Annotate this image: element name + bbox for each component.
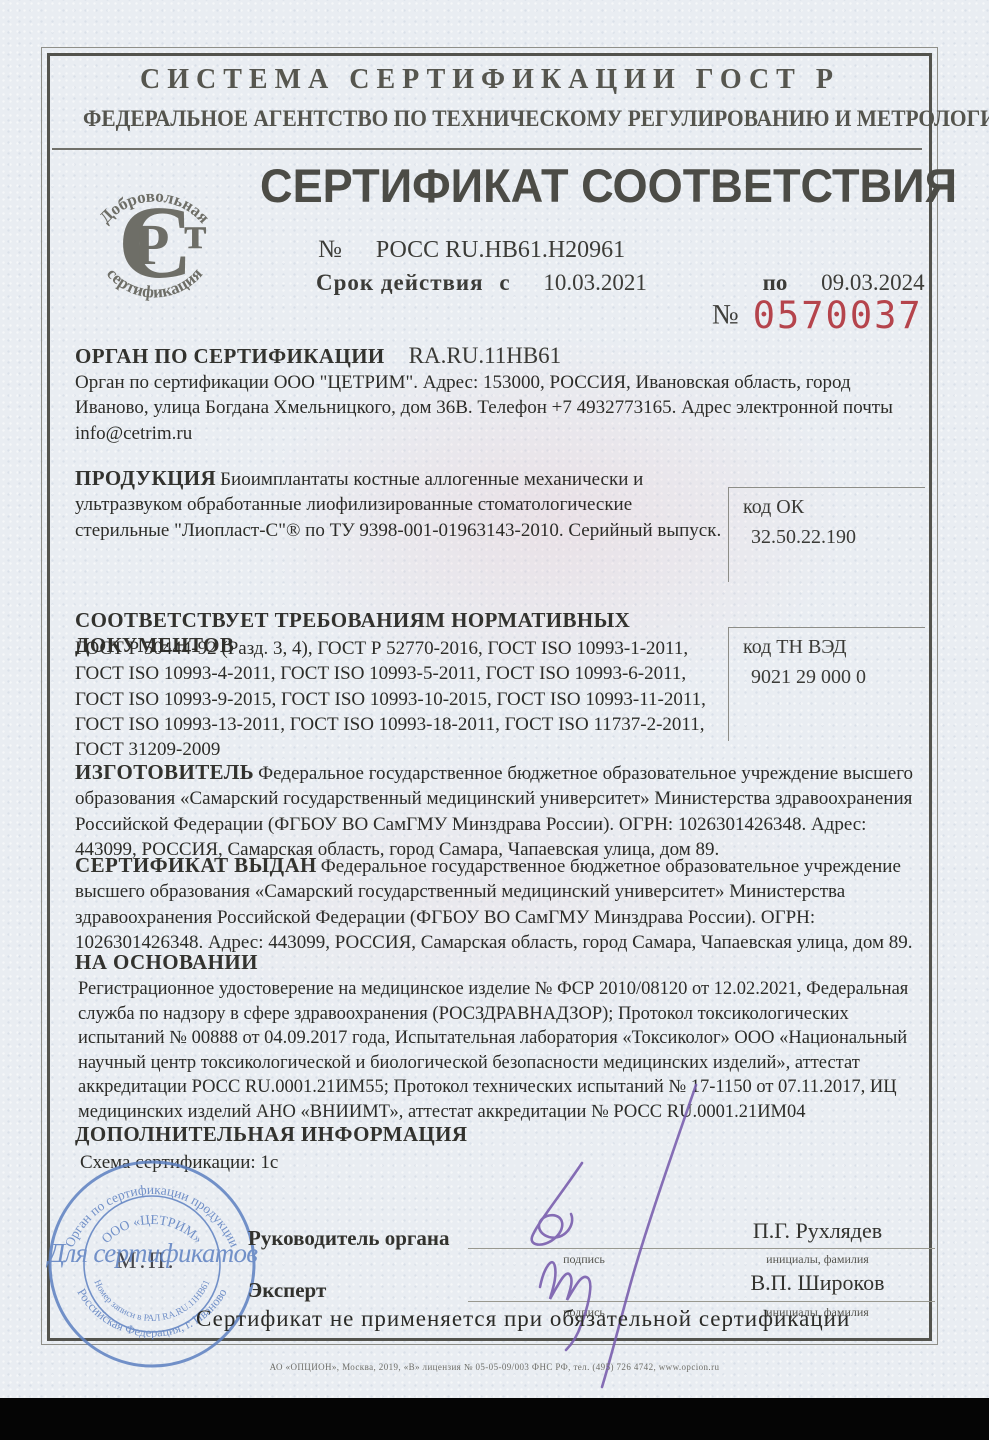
agency-title-wrap: ФЕДЕРАЛЬНОЕ АГЕНТСТВО ПО ТЕХНИЧЕСКОМУ РЕ… [48, 106, 926, 132]
issued-to-heading: СЕРТИФИКАТ ВЫДАН [75, 853, 317, 877]
head-signature-ink [532, 1163, 582, 1245]
basis-heading: НА ОСНОВАНИИ [75, 950, 258, 975]
note-text: Сертификат не применяется при обязательн… [196, 1306, 850, 1332]
system-title: СИСТЕМА СЕРТИФИКАЦИИ ГОСТ Р [60, 64, 920, 96]
org-value: RA.RU.11НВ61 [409, 343, 562, 368]
registration-number: РОСС RU.НВ61.Н20961 [376, 237, 625, 263]
expert-role-label: Эксперт [248, 1278, 326, 1303]
org-text: Орган по сертификации ООО "ЦЕТРИМ". Адре… [75, 370, 913, 446]
org-heading: ОРГАН ПО СЕРТИФИКАЦИИ [75, 344, 385, 368]
header-divider [52, 148, 922, 150]
blank-number-row: №0570037 [712, 294, 923, 337]
code-tnved-box: код ТН ВЭД 9021 29 000 0 [728, 627, 925, 741]
product-heading: ПРОДУКЦИЯ [75, 466, 216, 490]
registration-number-row: № РОСС RU.НВ61.Н20961 [318, 236, 625, 264]
code-ok-label: код ОК [743, 496, 925, 519]
logo-letter-p: Р [134, 212, 169, 277]
agency-title: ФЕДЕРАЛЬНОЕ АГЕНТСТВО ПО ТЕХНИЧЕСКОМУ РЕ… [83, 106, 989, 132]
validity-row: Срок действия с 10.03.2021 по 09.03.2024 [316, 270, 925, 296]
code-tnved-label: код ТН ВЭД [743, 636, 925, 659]
stamp-script-text: Для сертификатов [45, 1238, 258, 1268]
validity-label: Срок действия [316, 270, 484, 295]
validity-from-date: 10.03.2021 [543, 270, 647, 295]
manufacturer-heading: ИЗГОТОВИТЕЛЬ [75, 760, 254, 784]
document-title: СЕРТИФИКАТ СООТВЕТСТВИЯ [260, 158, 894, 213]
rst-logo: Добровольная сертификация С Р т [72, 164, 237, 329]
blank-no-sign: № [712, 300, 739, 331]
printer-footer: АО «ОПЦИОН», Москва, 2019, «В» лицензия … [0, 1362, 989, 1372]
code-tnved-value: 9021 29 000 0 [743, 666, 925, 689]
long-stroke-ink [602, 1085, 696, 1387]
certificate-page: СИСТЕМА СЕРТИФИКАЦИИ ГОСТ Р ФЕДЕРАЛЬНОЕ … [0, 0, 989, 1440]
logo-letter-t: т [184, 207, 207, 258]
head-role-label: Руководитель органа [248, 1226, 450, 1251]
issued-to-section: СЕРТИФИКАТ ВЫДАН Федеральное государстве… [75, 853, 923, 955]
validity-to-date: 09.03.2024 [821, 270, 925, 295]
code-ok-value: 32.50.22.190 [743, 526, 925, 549]
org-heading-row: ОРГАН ПО СЕРТИФИКАЦИИ RA.RU.11НВ61 [75, 343, 561, 369]
manufacturer-section: ИЗГОТОВИТЕЛЬ Федеральное государственное… [75, 760, 923, 862]
handwritten-signatures [440, 1075, 760, 1395]
conformity-text: ГОСТ Р 50444-92 (Разд. 3, 4), ГОСТ Р 527… [75, 636, 725, 762]
code-ok-box: код ОК 32.50.22.190 [728, 487, 925, 582]
validity-from-label: с [499, 270, 509, 295]
caption-bar [0, 1398, 989, 1440]
additional-heading: ДОПОЛНИТЕЛЬНАЯ ИНФОРМАЦИЯ [75, 1122, 467, 1147]
registration-no-sign: № [318, 236, 342, 263]
validity-to-label: по [763, 270, 788, 295]
certification-stamp: Орган по сертификации продукции ООО «ЦЕТ… [36, 1148, 268, 1380]
product-section: ПРОДУКЦИЯ Биоимплантаты костные аллогенн… [75, 466, 723, 543]
blank-number: 0570037 [753, 294, 923, 337]
